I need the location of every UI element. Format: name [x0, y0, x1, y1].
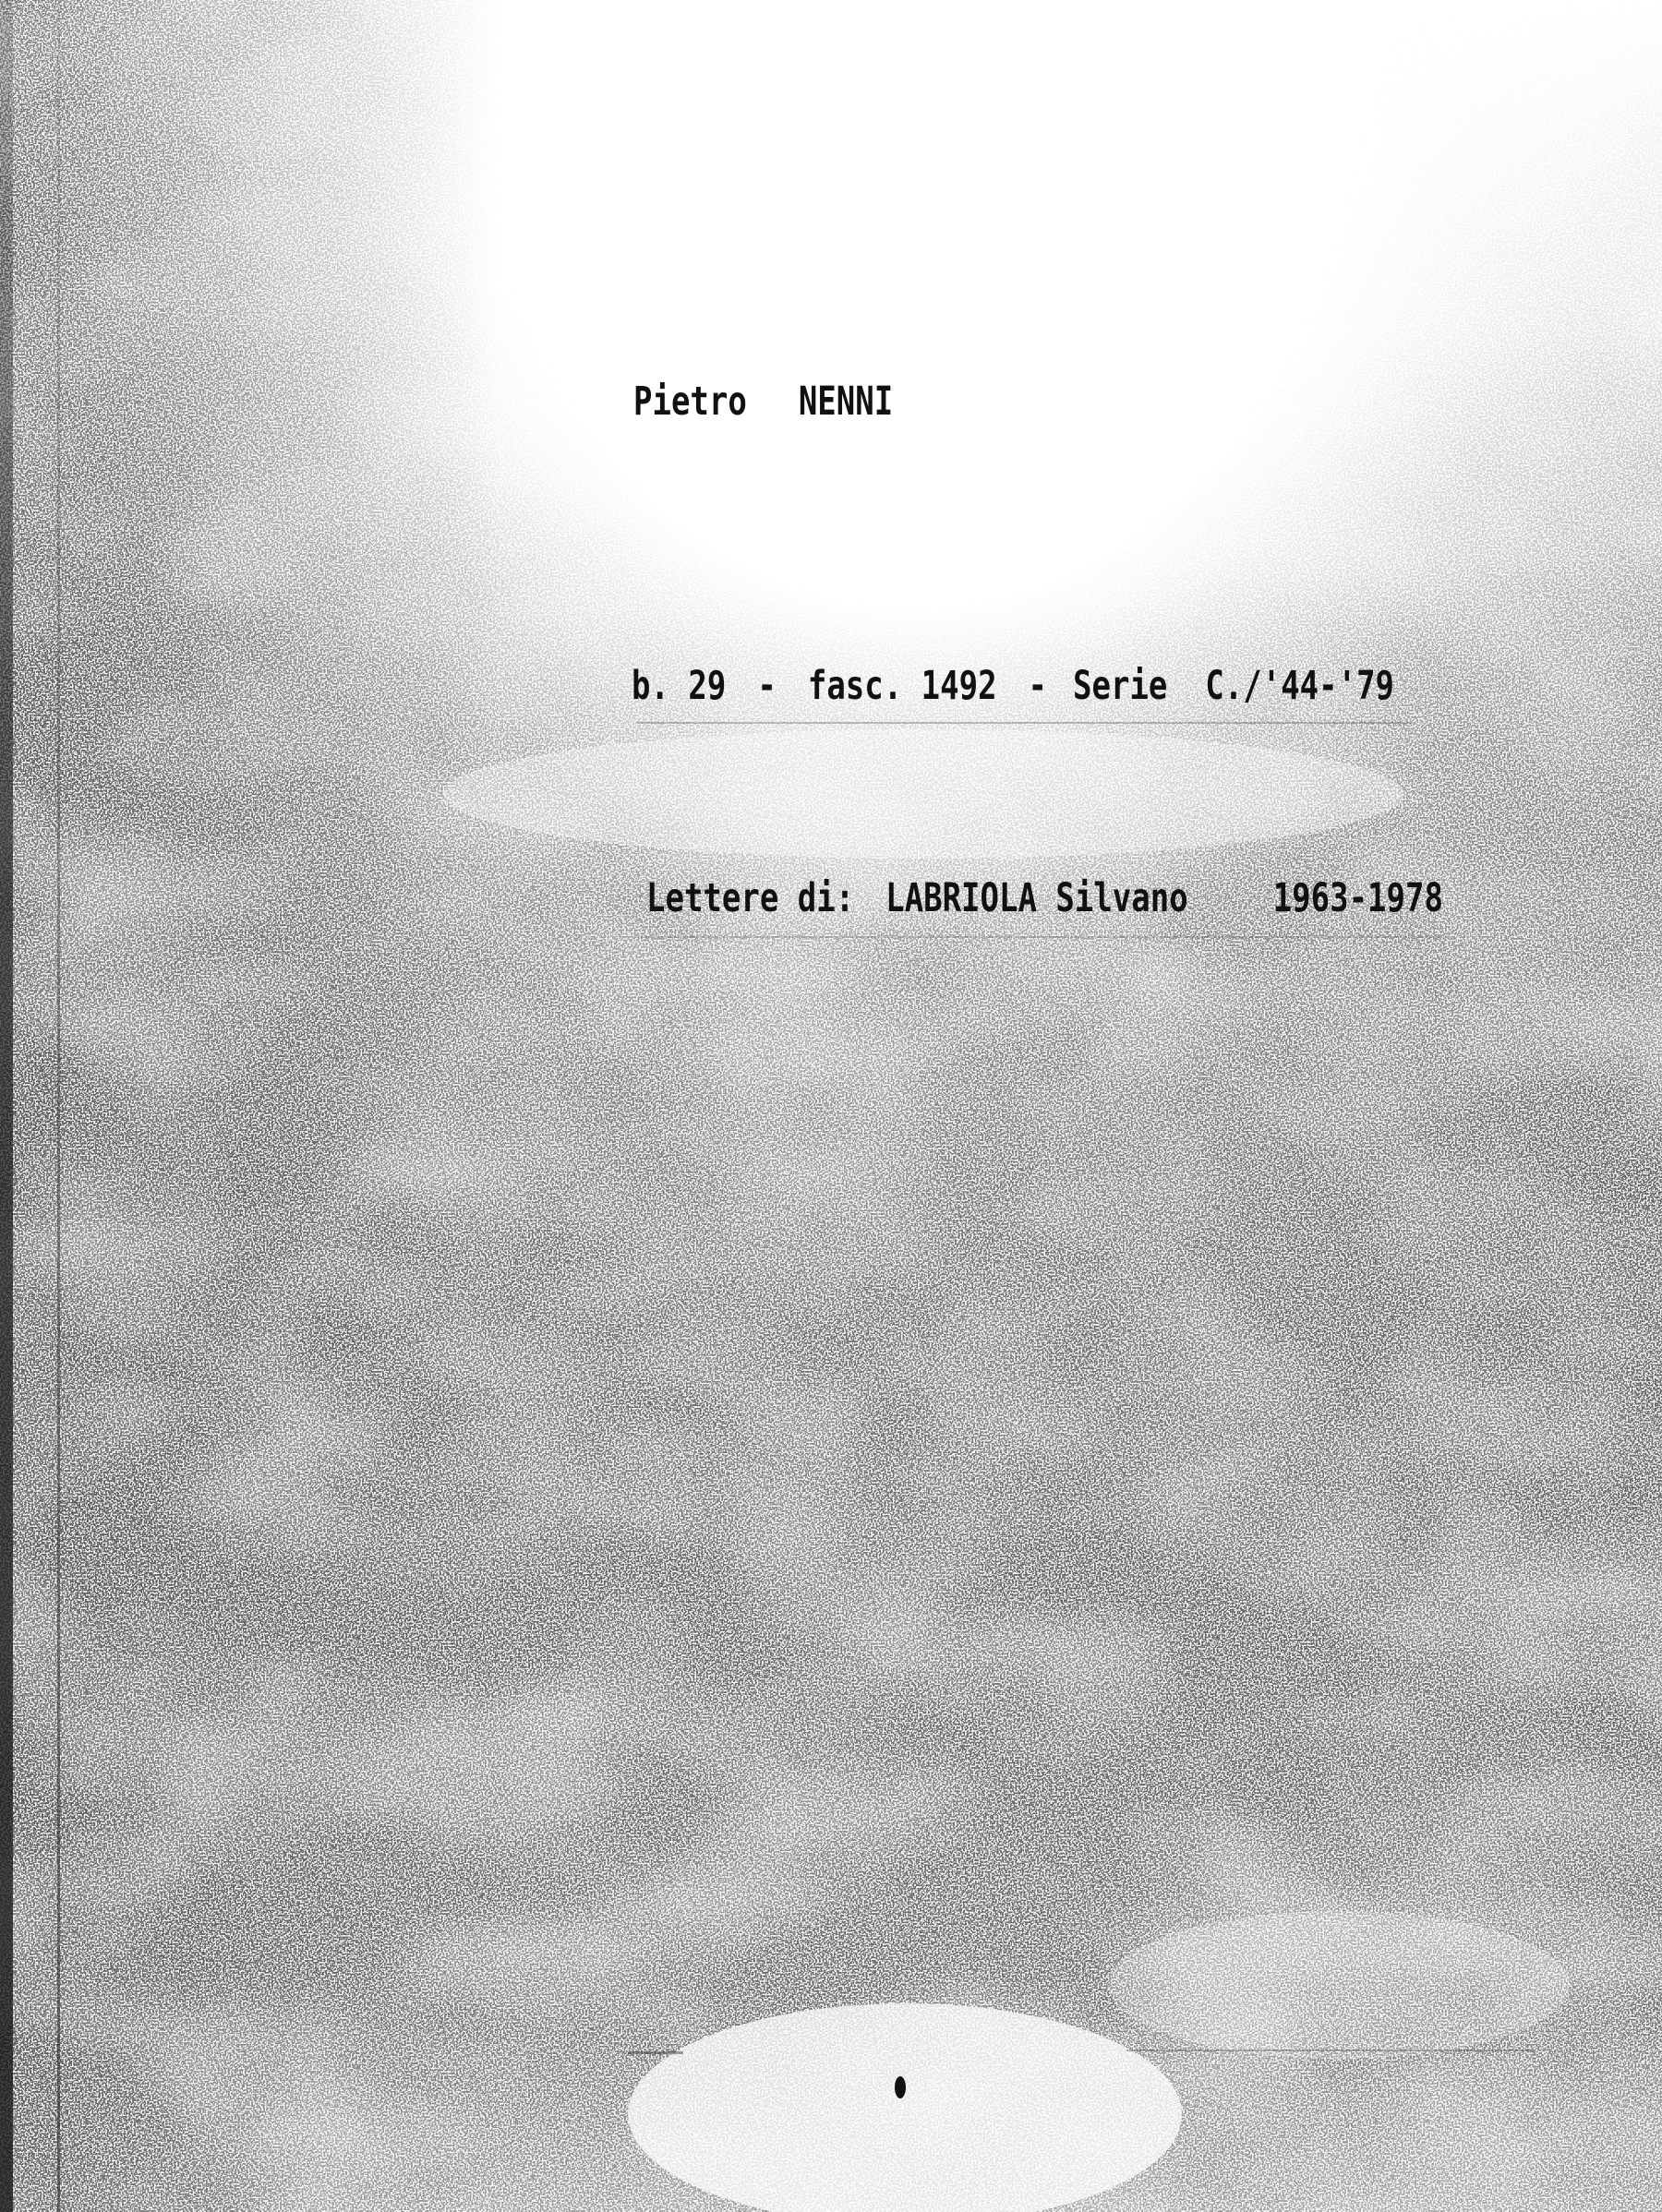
- photocopy-grain: [0, 0, 1662, 2212]
- correspondent-name: LABRIOLA Silvano: [885, 875, 1188, 921]
- letters-date-range: 1963-1978: [1273, 875, 1443, 921]
- reference-separator: -: [757, 663, 776, 709]
- author-first-name: Pietro: [633, 379, 747, 425]
- busta-number: b. 29: [632, 663, 726, 709]
- ink-mark: [895, 2076, 906, 2098]
- document-page: PietroNENNI b. 29-fasc. 1492-Serie C./'4…: [0, 0, 1662, 2212]
- archive-reference: b. 29-fasc. 1492-Serie C./'44-'79: [632, 663, 1394, 709]
- scan-left-edge: [0, 0, 13, 2212]
- bottom-rule: [1126, 2050, 1533, 2051]
- letters-entry: Lettere di:LABRIOLA Silvano1963-1978: [646, 875, 1443, 921]
- author-last-name: NENNI: [799, 379, 893, 425]
- letters-label: Lettere di:: [646, 875, 854, 921]
- reference-separator: -: [1029, 663, 1047, 709]
- bottom-rule: [628, 2051, 683, 2054]
- reference-underline: [637, 722, 1413, 724]
- serie-label: Serie C./'44-'79: [1073, 663, 1394, 709]
- author-name: PietroNENNI: [633, 379, 893, 425]
- folder-fold-line: [57, 0, 60, 2212]
- letters-underline: [637, 936, 1450, 938]
- fascicolo-number: fasc. 1492: [808, 663, 997, 709]
